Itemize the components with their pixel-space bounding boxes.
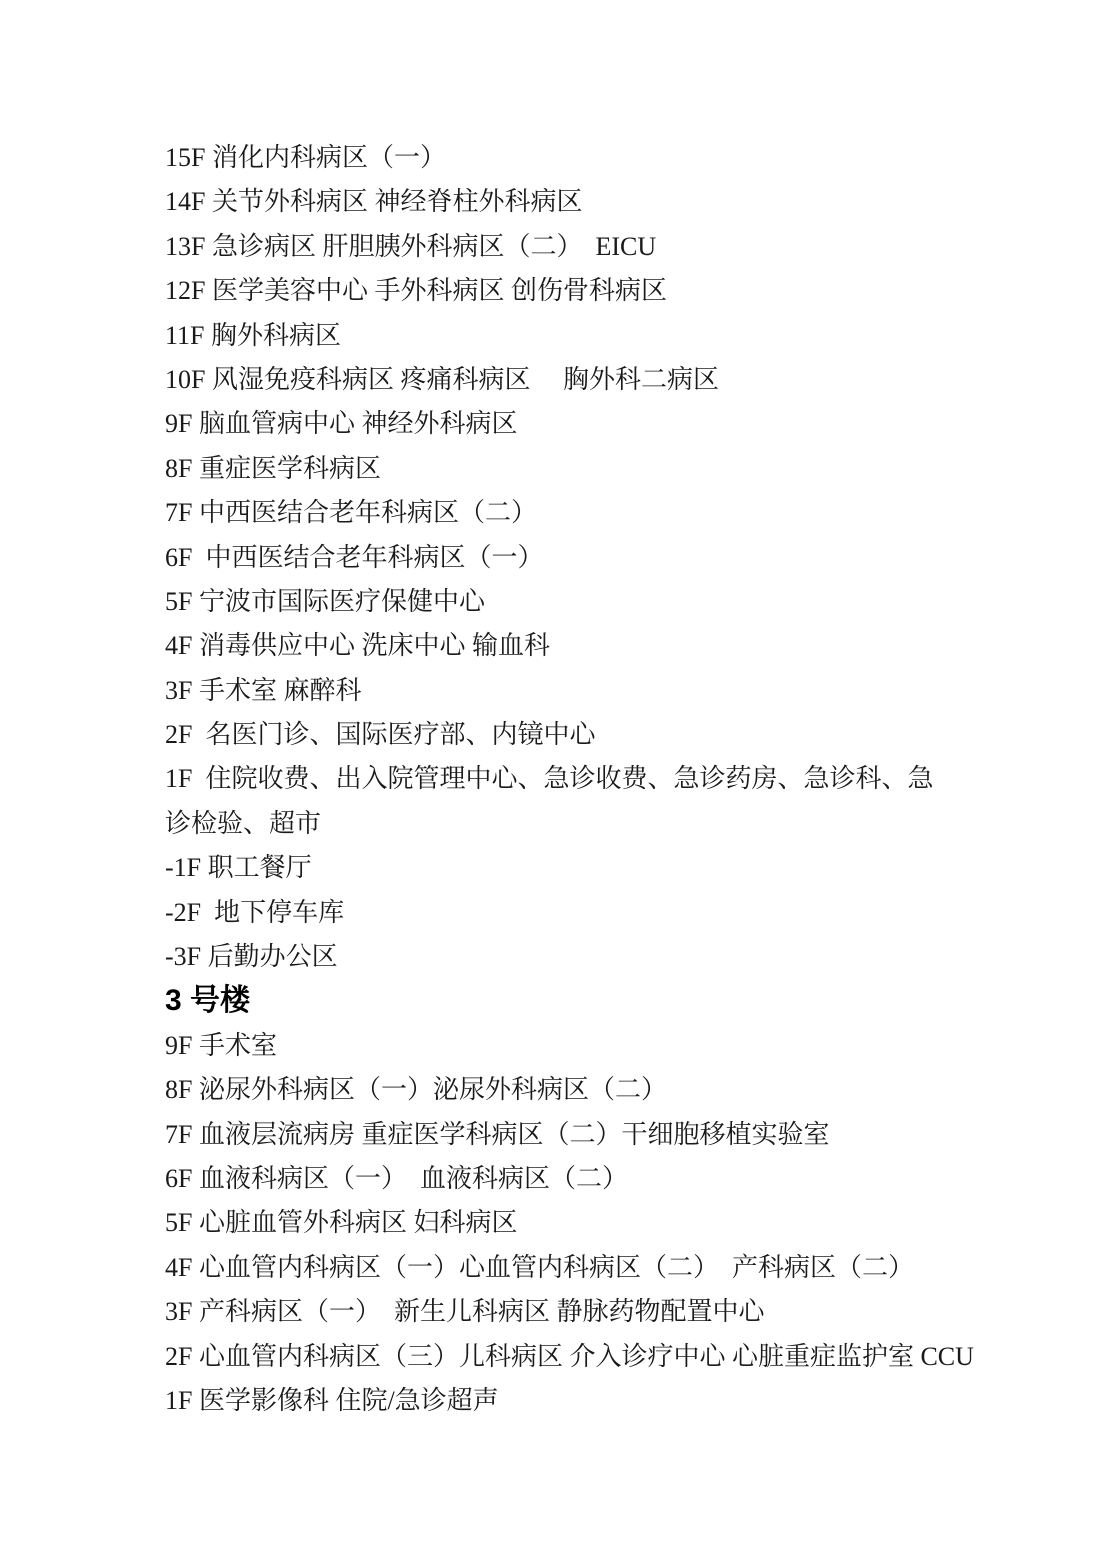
floor-directory-line: 7F 中西医结合老年科病区（二） (165, 491, 965, 535)
floor-directory-line: 11F 胸外科病区 (165, 314, 965, 358)
building2-floor-list: 15F 消化内科病区（一）14F 关节外科病区 神经脊柱外科病区13F 急诊病区… (165, 136, 965, 979)
floor-directory-line: 6F 血液科病区（一） 血液科病区（二） (165, 1157, 965, 1201)
floor-directory-line: 15F 消化内科病区（一） (165, 136, 965, 180)
floor-directory-line: -3F 后勤办公区 (165, 935, 965, 979)
floor-directory-line: 2F 心血管内科病区（三）儿科病区 介入诊疗中心 心脏重症监护室 CCU (165, 1335, 965, 1379)
floor-directory-line: -2F 地下停车库 (165, 891, 965, 935)
floor-directory-line: 12F 医学美容中心 手外科病区 创伤骨科病区 (165, 269, 965, 313)
floor-directory-line: 9F 手术室 (165, 1024, 965, 1068)
floor-directory-line: 14F 关节外科病区 神经脊柱外科病区 (165, 180, 965, 224)
floor-directory-line: 诊检验、超市 (165, 802, 965, 846)
floor-directory-line: 9F 脑血管病中心 神经外科病区 (165, 402, 965, 446)
floor-directory-line: 4F 心血管内科病区（一）心血管内科病区（二） 产科病区（二） (165, 1246, 965, 1290)
floor-directory-line: 4F 消毒供应中心 洗床中心 输血科 (165, 624, 965, 668)
floor-directory: 15F 消化内科病区（一）14F 关节外科病区 神经脊柱外科病区13F 急诊病区… (165, 136, 965, 1423)
floor-directory-line: 8F 泌尿外科病区（一）泌尿外科病区（二） (165, 1068, 965, 1112)
floor-directory-line: 8F 重症医学科病区 (165, 447, 965, 491)
floor-directory-line: 13F 急诊病区 肝胆胰外科病区（二） EICU (165, 225, 965, 269)
floor-directory-line: 7F 血液层流病房 重症医学科病区（二）干细胞移植实验室 (165, 1113, 965, 1157)
document-page: 15F 消化内科病区（一）14F 关节外科病区 神经脊柱外科病区13F 急诊病区… (0, 0, 1102, 1559)
floor-directory-line: 5F 宁波市国际医疗保健中心 (165, 580, 965, 624)
floor-directory-line: 1F 住院收费、出入院管理中心、急诊收费、急诊药房、急诊科、急 (165, 757, 965, 801)
floor-directory-line: 10F 风湿免疫科病区 疼痛科病区 胸外科二病区 (165, 358, 965, 402)
floor-directory-line: 5F 心脏血管外科病区 妇科病区 (165, 1201, 965, 1245)
floor-directory-line: 3F 手术室 麻醉科 (165, 669, 965, 713)
floor-directory-line: -1F 职工餐厅 (165, 846, 965, 890)
building3-floor-list: 9F 手术室8F 泌尿外科病区（一）泌尿外科病区（二）7F 血液层流病房 重症医… (165, 1024, 965, 1424)
floor-directory-line: 1F 医学影像科 住院/急诊超声 (165, 1379, 965, 1423)
floor-directory-line: 3F 产科病区（一） 新生儿科病区 静脉药物配置中心 (165, 1290, 965, 1334)
building3-heading: 3 号楼 (165, 979, 965, 1023)
floor-directory-line: 2F 名医门诊、国际医疗部、内镜中心 (165, 713, 965, 757)
floor-directory-line: 6F 中西医结合老年科病区（一） (165, 536, 965, 580)
